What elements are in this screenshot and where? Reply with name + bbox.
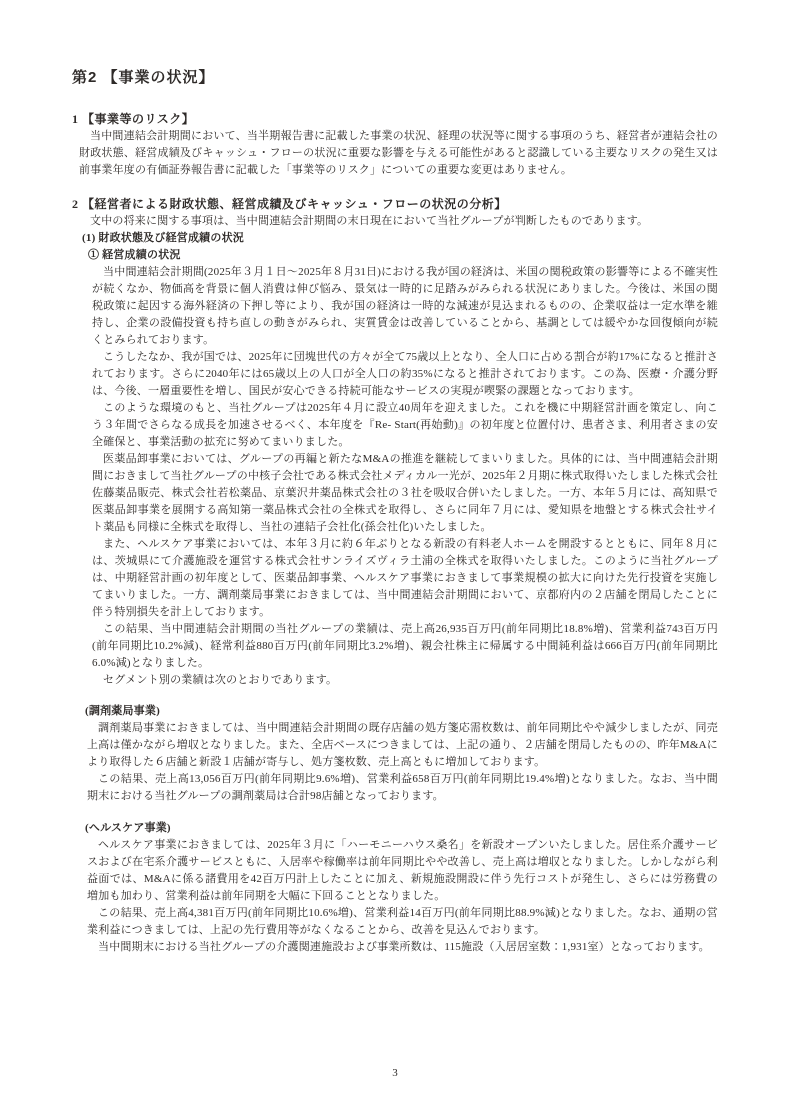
paragraph-forward-looking-note: 文中の将来に関する事項は、当中間連結会計期間の末日現在において当社グループが判断… <box>72 213 718 230</box>
paragraph-pharmacy-overview: 調剤薬局事業におきましては、当中間連結会計期間の既存店舗の処方箋応需枚数は、前年… <box>72 720 718 771</box>
paragraph-demographics: こうしたなか、我が国では、2025年に団塊世代の方々が全て75歳以上となり、全人… <box>72 349 718 400</box>
paragraph-40th-anniversary-plan: このような環境のもと、当社グループは2025年４月に設立40周年を迎えました。こ… <box>72 400 718 451</box>
paragraph-economic-environment: 当中間連結会計期間(2025年３月１日～2025年８月31日)における我が国の経… <box>72 264 718 349</box>
segment-results-note: セグメント別の業績は次のとおりであります。 <box>72 672 718 689</box>
paragraph-healthcare-facility-count: 当中間期末における当社グループの介護関連施設および事業所数は、115施設（入居居… <box>72 939 718 956</box>
paragraph-healthcare-overview: ヘルスケア事業におきましては、2025年３月に「ハーモニーハウス桑名」を新設オー… <box>72 837 718 905</box>
paragraph-pharmacy-results: この結果、売上高13,056百万円(前年同期比9.6%増)、営業利益658百万円… <box>72 771 718 805</box>
section-heading-management-analysis: 2 【経営者による財政状態、経営成績及びキャッシュ・フローの状況の分析】 <box>72 195 718 213</box>
section-heading-business-risks: 1 【事業等のリスク】 <box>72 110 718 128</box>
paragraph-pharmaceutical-wholesale-ma: 医薬品卸事業においては、グループの再編と新たなM&Aの推進を継続してまいりました… <box>72 451 718 536</box>
paragraph-healthcare-investments: また、ヘルスケア事業においては、本年３月に約６年ぶりとなる新設の有料老人ホームを… <box>72 536 718 621</box>
paragraph-business-risks: 当中間連結会計期間において、当半期報告書に記載した事業の状況、経理の状況等に関す… <box>72 128 718 179</box>
segment-heading-dispensing-pharmacy: (調剤薬局事業) <box>72 703 718 720</box>
page-number: 3 <box>0 1066 790 1080</box>
report-page: 第2 【事業の状況】 1 【事業等のリスク】 当中間連結会計期間において、当半期… <box>0 0 790 1118</box>
segment-heading-healthcare: (ヘルスケア事業) <box>72 820 718 837</box>
subsection-heading-financial-position: (1) 財政状態及び経営成績の状況 <box>72 230 718 247</box>
report-content: 第2 【事業の状況】 1 【事業等のリスク】 当中間連結会計期間において、当半期… <box>72 68 718 956</box>
paragraph-consolidated-results: この結果、当中間連結会計期間の当社グループの業績は、売上高26,935百万円(前… <box>72 621 718 672</box>
subsection-heading-operating-results: ① 経営成績の状況 <box>72 247 718 264</box>
paragraph-healthcare-results: この結果、売上高4,381百万円(前年同期比10.6%増)、営業利益14百万円(… <box>72 905 718 939</box>
chapter-title: 第2 【事業の状況】 <box>72 68 718 88</box>
